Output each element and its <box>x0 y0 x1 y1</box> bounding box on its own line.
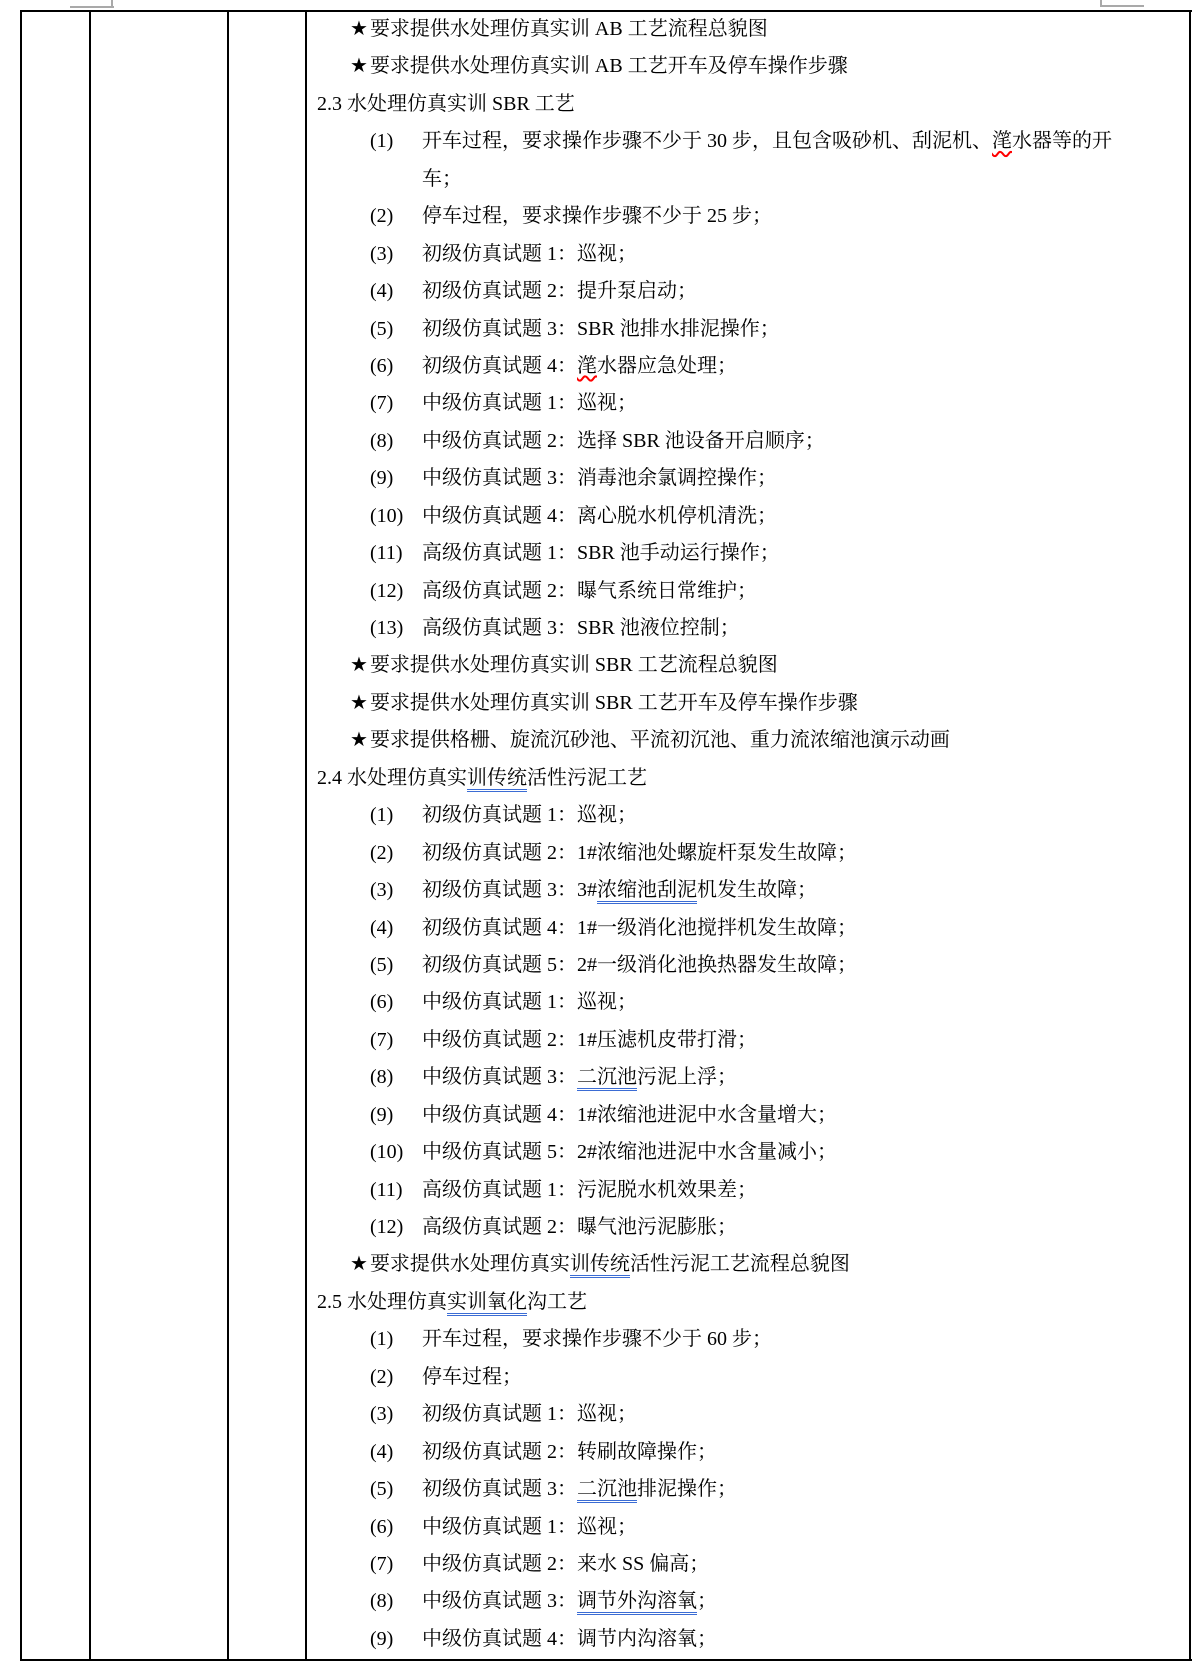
list-number: (11) <box>370 535 422 572</box>
list-number: (9) <box>370 1097 422 1134</box>
text-line-item: (6)中级仿真试题 1：巡视； <box>308 984 1188 1021</box>
text-line-item: (11)高级仿真试题 1：污泥脱水机效果差； <box>308 1172 1188 1209</box>
document-page: ★要求提供水处理仿真实训 AB 工艺流程总貌图★要求提供水处理仿真实训 AB 工… <box>0 0 1199 1670</box>
list-number: (6) <box>370 1509 422 1546</box>
text-segment: 排泥操作； <box>637 1478 737 1500</box>
text-segment: 初级仿真试题 3：SBR 池排水排泥操作； <box>422 318 780 340</box>
text-segment: 活性污泥工艺流程总貌图 <box>630 1253 850 1275</box>
table-border-right <box>1189 10 1191 1660</box>
list-number: (10) <box>370 1134 422 1171</box>
list-number: (5) <box>370 311 422 348</box>
text-line-item: (5)初级仿真试题 3：SBR 池排水排泥操作； <box>308 311 1188 348</box>
list-number: (3) <box>370 236 422 273</box>
text-segment: 要求提供水处理仿真实训 SBR 工艺开车及停车操作步骤 <box>370 692 858 714</box>
text-line-item: (3)初级仿真试题 1：巡视； <box>308 1396 1188 1433</box>
list-number: (9) <box>370 460 422 497</box>
list-number: (4) <box>370 910 422 947</box>
text-segment: 初级仿真试题 1：巡视； <box>422 1403 637 1425</box>
text-line-item: (4)初级仿真试题 2：转刷故障操作； <box>308 1434 1188 1471</box>
text-line-item: (9)中级仿真试题 4：调节内沟溶氧； <box>308 1621 1188 1658</box>
list-number: (11) <box>370 1172 422 1209</box>
text-line-item: (6)初级仿真试题 4：滗水器应急处理； <box>308 348 1188 385</box>
text-segment: 高级仿真试题 3：SBR 池液位控制； <box>422 617 740 639</box>
text-line-star: ★要求提供水处理仿真实训 SBR 工艺流程总貌图 <box>308 647 1188 684</box>
text-segment: 中级仿真试题 3： <box>422 1590 577 1612</box>
list-number: (4) <box>370 1434 422 1471</box>
text-segment: 中级仿真试题 5：2#浓缩池进泥中水含量减小； <box>422 1141 837 1163</box>
text-segment: 停车过程； <box>422 1366 522 1388</box>
text-line-item: (7)中级仿真试题 2：来水 SS 偏高； <box>308 1546 1188 1583</box>
text-segment: 2.3 水处理仿真实训 SBR 工艺 <box>317 93 575 115</box>
list-number: (3) <box>370 1396 422 1433</box>
text-segment: 中级仿真试题 4：1#浓缩池进泥中水含量增大； <box>422 1104 837 1126</box>
text-line-heading: 2.3 水处理仿真实训 SBR 工艺 <box>308 86 1188 123</box>
text-line-item: (1)开车过程，要求操作步骤不少于 60 步； <box>308 1321 1188 1358</box>
text-segment: 中级仿真试题 3： <box>422 1066 577 1088</box>
text-segment: 中级仿真试题 3：消毒池余氯调控操作； <box>422 467 777 489</box>
text-line-item: (5)初级仿真试题 3：二沉池排泥操作； <box>308 1471 1188 1508</box>
text-line-item: (2)初级仿真试题 2：1#浓缩池处螺旋杆泵发生故障； <box>308 835 1188 872</box>
text-segment: 中级仿真试题 2：选择 SBR 池设备开启顺序； <box>422 430 825 452</box>
list-number: (3) <box>370 872 422 909</box>
text-line-item: (2)停车过程，要求操作步骤不少于 25 步； <box>308 198 1188 235</box>
list-number: (5) <box>370 1471 422 1508</box>
grammarcheck-marked-text: 二沉池 <box>577 1066 637 1091</box>
text-line-item: (4)初级仿真试题 4：1#一级消化池搅拌机发生故障； <box>308 910 1188 947</box>
text-line-item: (10)中级仿真试题 4：离心脱水机停机清洗； <box>308 498 1188 535</box>
list-number: (7) <box>370 385 422 422</box>
text-segment: 2.4 水处理仿真实 <box>317 767 467 789</box>
ghost-border-top-left-h <box>70 6 114 8</box>
list-number: (2) <box>370 835 422 872</box>
grammarcheck-marked-text: 调节外沟溶氧 <box>577 1590 697 1615</box>
text-segment: 中级仿真试题 2：1#压滤机皮带打滑； <box>422 1029 757 1051</box>
spellcheck-marked-text: 滗 <box>992 130 1012 152</box>
spellcheck-marked-text: 滗 <box>577 355 597 377</box>
text-line-item: (8)中级仿真试题 2：选择 SBR 池设备开启顺序； <box>308 423 1188 460</box>
text-segment: 2.5 水处理仿真 <box>317 1291 447 1313</box>
text-segment: 中级仿真试题 1：巡视； <box>422 991 637 1013</box>
text-segment: 中级仿真试题 1：巡视； <box>422 1516 637 1538</box>
text-segment: 开车过程，要求操作步骤不少于 30 步，且包含吸砂机、刮泥机、 <box>422 130 992 152</box>
text-line-item: (9)中级仿真试题 4：1#浓缩池进泥中水含量增大； <box>308 1097 1188 1134</box>
text-line-item: (3)初级仿真试题 1：巡视； <box>308 236 1188 273</box>
list-number: (9) <box>370 1621 422 1658</box>
spec-text-cell: ★要求提供水处理仿真实训 AB 工艺流程总貌图★要求提供水处理仿真实训 AB 工… <box>308 11 1188 1659</box>
text-line-item: (1)初级仿真试题 1：巡视； <box>308 797 1188 834</box>
ghost-border-top-left-v <box>111 0 113 8</box>
grammarcheck-marked-text: 训传统 <box>467 767 527 792</box>
text-segment: 中级仿真试题 2：来水 SS 偏高； <box>422 1553 709 1575</box>
text-line-item: (5)初级仿真试题 5：2#一级消化池换热器发生故障； <box>308 947 1188 984</box>
text-line-star: ★要求提供水处理仿真实训 SBR 工艺开车及停车操作步骤 <box>308 685 1188 722</box>
star-icon: ★ <box>350 1253 368 1275</box>
text-segment: 车； <box>422 168 462 190</box>
text-segment: 初级仿真试题 3： <box>422 1478 577 1500</box>
list-number: (4) <box>370 273 422 310</box>
table-cell-empty-2 <box>91 11 226 1659</box>
text-segment: 高级仿真试题 1：SBR 池手动运行操作； <box>422 542 780 564</box>
text-segment: 机发生故障； <box>697 879 817 901</box>
list-number: (2) <box>370 198 422 235</box>
table-cell-empty-3 <box>229 11 304 1659</box>
text-segment: 初级仿真试题 3：3# <box>422 879 597 901</box>
text-line-item: (8)中级仿真试题 3：二沉池污泥上浮； <box>308 1059 1188 1096</box>
text-segment: 初级仿真试题 4：1#一级消化池搅拌机发生故障； <box>422 917 857 939</box>
text-line-heading: 2.5 水处理仿真实训氧化沟工艺 <box>308 1284 1188 1321</box>
text-line-star: ★要求提供水处理仿真实训 AB 工艺开车及停车操作步骤 <box>308 48 1188 85</box>
text-segment: 高级仿真试题 1：污泥脱水机效果差； <box>422 1179 757 1201</box>
text-segment: 停车过程，要求操作步骤不少于 25 步； <box>422 205 772 227</box>
text-line-item: (8)中级仿真试题 3：调节外沟溶氧； <box>308 1583 1188 1620</box>
text-segment: ； <box>697 1590 717 1612</box>
text-segment: 活性污泥工艺 <box>527 767 647 789</box>
list-number: (8) <box>370 423 422 460</box>
text-segment: 初级仿真试题 2：提升泵启动； <box>422 280 697 302</box>
grammarcheck-marked-text: 训传统 <box>570 1253 630 1278</box>
list-number: (7) <box>370 1022 422 1059</box>
text-line-star: ★要求提供格栅、旋流沉砂池、平流初沉池、重力流浓缩池演示动画 <box>308 722 1188 759</box>
text-segment: 开车过程，要求操作步骤不少于 60 步； <box>422 1328 772 1350</box>
text-line-item: (3)初级仿真试题 3：3#浓缩池刮泥机发生故障； <box>308 872 1188 909</box>
grammarcheck-marked-text: 浓缩池刮泥 <box>597 879 697 904</box>
table-border-bottom <box>20 1659 1192 1661</box>
table-cell-empty-1 <box>22 11 88 1659</box>
text-line-heading: 2.4 水处理仿真实训传统活性污泥工艺 <box>308 760 1188 797</box>
grammarcheck-marked-text: 实训氧化 <box>447 1291 527 1316</box>
grammarcheck-marked-text: 二沉池 <box>577 1478 637 1503</box>
text-segment: 沟工艺 <box>527 1291 587 1313</box>
text-segment: 要求提供水处理仿真实训 AB 工艺开车及停车操作步骤 <box>370 55 848 77</box>
text-line-item: (2)停车过程； <box>308 1359 1188 1396</box>
text-segment: 中级仿真试题 4：调节内沟溶氧； <box>422 1628 717 1650</box>
table-border-col-4 <box>305 10 307 1660</box>
text-segment: 要求提供水处理仿真实训 SBR 工艺流程总貌图 <box>370 654 778 676</box>
text-segment: 初级仿真试题 1：巡视； <box>422 804 637 826</box>
star-icon: ★ <box>350 692 368 714</box>
text-line-item: (6)中级仿真试题 1：巡视； <box>308 1509 1188 1546</box>
text-line-star: ★要求提供水处理仿真实训 AB 工艺流程总貌图 <box>308 11 1188 48</box>
text-segment: 水器等的开 <box>1012 130 1112 152</box>
text-line-item: (9)中级仿真试题 3：消毒池余氯调控操作； <box>308 460 1188 497</box>
list-number: (1) <box>370 123 422 160</box>
star-icon: ★ <box>350 18 368 40</box>
list-number: (7) <box>370 1546 422 1583</box>
list-number: (5) <box>370 947 422 984</box>
text-line-star: ★要求提供水处理仿真实训传统活性污泥工艺流程总貌图 <box>308 1246 1188 1283</box>
list-number: (1) <box>370 797 422 834</box>
list-number: (1) <box>370 1321 422 1358</box>
text-segment: 初级仿真试题 4： <box>422 355 577 377</box>
star-icon: ★ <box>350 654 368 676</box>
text-line-item: (7)中级仿真试题 1：巡视； <box>308 385 1188 422</box>
star-icon: ★ <box>350 55 368 77</box>
text-line-item: (4)初级仿真试题 2：提升泵启动； <box>308 273 1188 310</box>
ghost-border-top-right-h <box>1100 5 1144 7</box>
text-segment: 中级仿真试题 1：巡视； <box>422 392 637 414</box>
list-number: (6) <box>370 984 422 1021</box>
text-line-item: (1)开车过程，要求操作步骤不少于 30 步，且包含吸砂机、刮泥机、滗水器等的开 <box>308 123 1188 160</box>
text-line-item: (13)高级仿真试题 3：SBR 池液位控制； <box>308 610 1188 647</box>
list-number: (2) <box>370 1359 422 1396</box>
text-segment: 要求提供格栅、旋流沉砂池、平流初沉池、重力流浓缩池演示动画 <box>370 729 950 751</box>
text-segment: 水器应急处理； <box>597 355 737 377</box>
text-segment: 要求提供水处理仿真实训 AB 工艺流程总貌图 <box>370 18 768 40</box>
text-line-cont: 车； <box>308 161 1188 198</box>
text-segment: 污泥上浮； <box>637 1066 737 1088</box>
text-segment: 中级仿真试题 4：离心脱水机停机清洗； <box>422 505 777 527</box>
text-segment: 初级仿真试题 2：转刷故障操作； <box>422 1441 717 1463</box>
text-segment: 初级仿真试题 5：2#一级消化池换热器发生故障； <box>422 954 857 976</box>
text-line-item: (11)高级仿真试题 1：SBR 池手动运行操作； <box>308 535 1188 572</box>
list-number: (12) <box>370 573 422 610</box>
text-line-item: (12)高级仿真试题 2：曝气池污泥膨胀； <box>308 1209 1188 1246</box>
text-segment: 高级仿真试题 2：曝气池污泥膨胀； <box>422 1216 737 1238</box>
text-line-item: (7)中级仿真试题 2：1#压滤机皮带打滑； <box>308 1022 1188 1059</box>
text-segment: 初级仿真试题 2：1#浓缩池处螺旋杆泵发生故障； <box>422 842 857 864</box>
list-number: (10) <box>370 498 422 535</box>
list-number: (13) <box>370 610 422 647</box>
list-number: (8) <box>370 1059 422 1096</box>
list-number: (12) <box>370 1209 422 1246</box>
text-line-item: (10)中级仿真试题 5：2#浓缩池进泥中水含量减小； <box>308 1134 1188 1171</box>
list-number: (8) <box>370 1583 422 1620</box>
text-line-item: (12)高级仿真试题 2：曝气系统日常维护； <box>308 573 1188 610</box>
text-segment: 初级仿真试题 1：巡视； <box>422 243 637 265</box>
text-segment: 要求提供水处理仿真实 <box>370 1253 570 1275</box>
list-number: (6) <box>370 348 422 385</box>
text-segment: 高级仿真试题 2：曝气系统日常维护； <box>422 580 757 602</box>
star-icon: ★ <box>350 729 368 751</box>
